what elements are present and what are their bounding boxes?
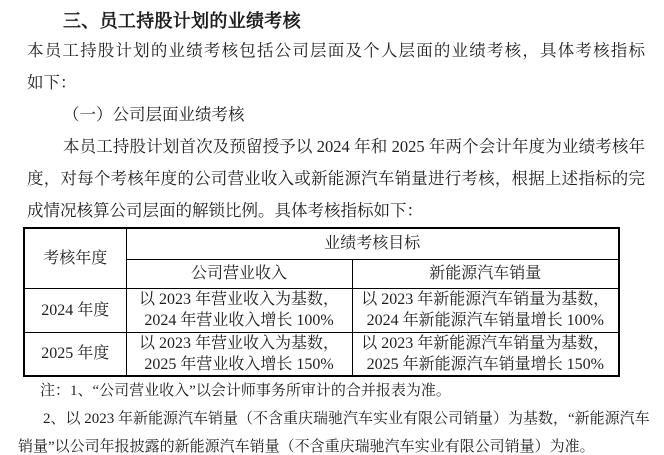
revenue-target-cell: 以 2023 年营业收入为基数， 2024 年营业收入增长 100% bbox=[126, 288, 352, 332]
revenue-target-cell: 以 2023 年营业收入为基数， 2025 年营业收入增长 150% bbox=[126, 332, 352, 376]
intro-paragraph-line: 本员工持股计划的业绩考核包括公司层面及个人层面的业绩考核，具体考核指标 bbox=[27, 35, 645, 67]
revenue-target-line2: 2024 年营业收入增长 100% bbox=[127, 310, 352, 331]
sales-target-line1: 以 2023 年新能源汽车销量为基数， bbox=[353, 333, 619, 354]
sales-column-header: 新能源汽车销量 bbox=[352, 259, 619, 288]
intro-paragraph-line: 如下： bbox=[27, 67, 645, 99]
footnotes: 注：1、“公司营业收入”以会计师事务所审计的合并报表为准。 2、以 2023 年… bbox=[18, 377, 664, 455]
targets-group-header: 业绩考核目标 bbox=[126, 228, 619, 259]
company-paragraph-line: 本员工持股计划首次及预留授予以 2024 年和 2025 年两个会计年度为业绩考… bbox=[27, 131, 645, 163]
sales-target-line1: 以 2023 年新能源汽车销量为基数， bbox=[353, 289, 619, 310]
performance-assessment-table: 考核年度 业绩考核目标 公司营业收入 新能源汽车销量 2024 年度 以 202… bbox=[23, 227, 620, 377]
footnote-2-line2: 销量”以公司年报披露的新能源汽车销量（不含重庆瑞驰汽车实业有限公司销量）为准。 bbox=[18, 433, 664, 455]
table-row-2024: 2024 年度 以 2023 年营业收入为基数， 2024 年营业收入增长 10… bbox=[24, 288, 619, 332]
assessment-year-cell: 2025 年度 bbox=[24, 332, 126, 376]
document-body: 本员工持股计划的业绩考核包括公司层面及个人层面的业绩考核，具体考核指标 如下： … bbox=[27, 35, 645, 227]
revenue-target-line2: 2025 年营业收入增长 150% bbox=[127, 354, 352, 375]
company-paragraph-line: 成情况核算公司层面的解锁比例。具体考核指标如下： bbox=[27, 195, 645, 227]
sub-heading: （一）公司层面业绩考核 bbox=[27, 99, 645, 131]
company-paragraph-line: 度，对每个考核年度的公司营业收入或新能源汽车销量进行考核，根据上述指标的完 bbox=[27, 163, 645, 195]
assessment-year-cell: 2024 年度 bbox=[24, 288, 126, 332]
sales-target-line2: 2025 年新能源汽车销量增长 150% bbox=[353, 354, 619, 375]
revenue-target-line1: 以 2023 年营业收入为基数， bbox=[127, 333, 352, 354]
revenue-target-line1: 以 2023 年营业收入为基数， bbox=[127, 289, 352, 310]
section-heading: 三、员工持股计划的业绩考核 bbox=[63, 9, 645, 33]
footnote-1: 注：1、“公司营业收入”以会计师事务所审计的合并报表为准。 bbox=[18, 377, 664, 405]
table-row-2025: 2025 年度 以 2023 年营业收入为基数， 2025 年营业收入增长 15… bbox=[24, 332, 619, 376]
footnote-2-line1: 2、以 2023 年新能源汽车销量（不含重庆瑞驰汽车实业有限公司销量）为基数，“… bbox=[18, 405, 664, 433]
sales-target-line2: 2024 年新能源汽车销量增长 100% bbox=[353, 310, 619, 331]
text-line: 本员工持股计划的业绩考核包括公司层面及个人层面的业绩考核，具体考核指标 bbox=[27, 35, 645, 67]
sales-target-cell: 以 2023 年新能源汽车销量为基数， 2025 年新能源汽车销量增长 150% bbox=[352, 332, 619, 376]
year-column-header: 考核年度 bbox=[24, 228, 126, 288]
table-header-row: 考核年度 业绩考核目标 bbox=[24, 228, 619, 259]
sales-target-cell: 以 2023 年新能源汽车销量为基数， 2024 年新能源汽车销量增长 100% bbox=[352, 288, 619, 332]
revenue-column-header: 公司营业收入 bbox=[126, 259, 352, 288]
document-page: 三、员工持股计划的业绩考核 本员工持股计划的业绩考核包括公司层面及个人层面的业绩… bbox=[0, 0, 664, 455]
